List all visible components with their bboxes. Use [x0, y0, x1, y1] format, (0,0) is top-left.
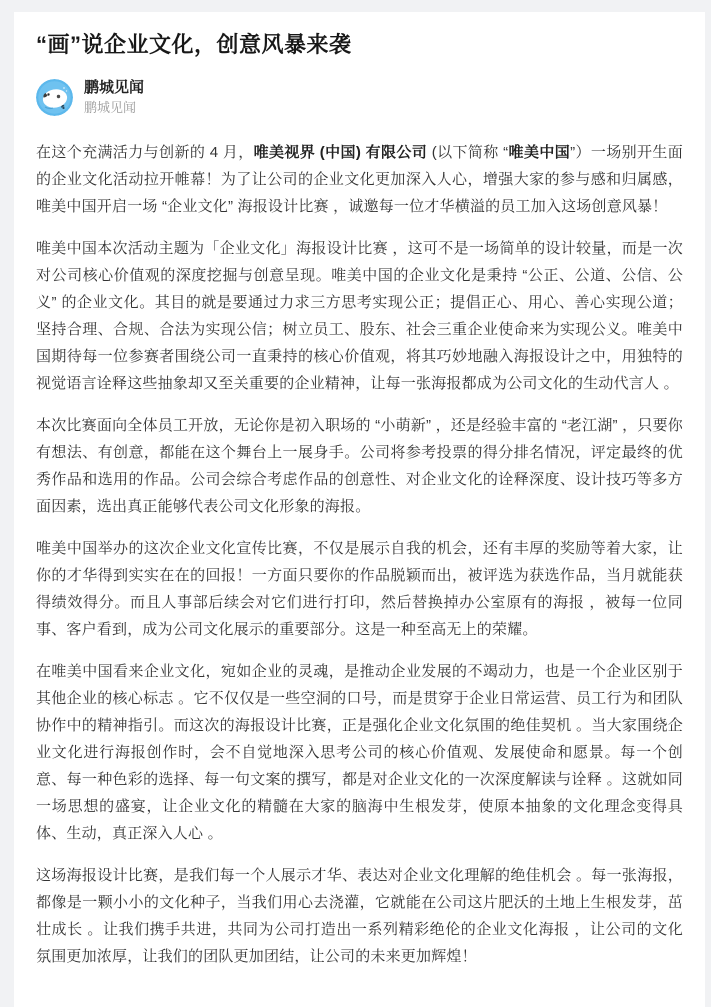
text-segment: 在这个充满活力与创新的 4 月， — [36, 144, 254, 161]
text-segment: 本次比赛面向全体员工开放，无论你是初入职场的 “小萌新” ，还是经验丰富的 “老… — [36, 417, 683, 515]
article-paragraph: 在唯美中国看来企业文化，宛如企业的灵魂，是推动企业发展的不竭动力，也是一个企业区… — [36, 658, 683, 847]
author-avatar[interactable] — [36, 79, 73, 116]
author-subtitle: 鹏城见闻 — [84, 99, 144, 117]
dog-avatar-icon — [36, 79, 73, 116]
author-meta: 鹏城见闻 鹏城见闻 — [84, 78, 144, 118]
article-body: 在这个充满活力与创新的 4 月，唯美视界 (中国) 有限公司 (以下简称 “唯美… — [36, 139, 683, 970]
text-segment: 在唯美中国看来企业文化，宛如企业的灵魂，是推动企业发展的不竭动力，也是一个企业区… — [36, 663, 683, 842]
text-segment: 这场海报设计比赛，是我们每一个人展示才华、表达对企业文化理解的绝佳机会 。每一张… — [36, 867, 683, 965]
bold-text-segment: 唯美视界 (中国) 有限公司 — [254, 144, 428, 161]
article-paragraph: 在这个充满活力与创新的 4 月，唯美视界 (中国) 有限公司 (以下简称 “唯美… — [36, 139, 683, 220]
article-paragraph: 这场海报设计比赛，是我们每一个人展示才华、表达对企业文化理解的绝佳机会 。每一张… — [36, 862, 683, 970]
article-paragraph: 唯美中国举办的这次企业文化宣传比赛，不仅是展示自我的机会，还有丰厚的奖励等着大家… — [36, 535, 683, 643]
text-segment: 唯美中国举办的这次企业文化宣传比赛，不仅是展示自我的机会，还有丰厚的奖励等着大家… — [36, 540, 683, 638]
bold-text-segment: 唯美中国 — [508, 144, 570, 161]
text-segment: (以下简称 “ — [427, 144, 508, 161]
article-card: “画”说企业文化，创意风暴来袭 鹏城见闻 鹏城见闻 在这个充满活力与创新的 4 … — [14, 12, 705, 1007]
article-paragraph: 本次比赛面向全体员工开放，无论你是初入职场的 “小萌新” ，还是经验丰富的 “老… — [36, 412, 683, 520]
author-row[interactable]: 鹏城见闻 鹏城见闻 — [36, 78, 683, 118]
author-name[interactable]: 鹏城见闻 — [84, 78, 144, 98]
text-segment: 唯美中国本次活动主题为「企业文化」海报设计比赛 ，这可不是一场简单的设计较量，而… — [36, 240, 683, 392]
article-title: “画”说企业文化，创意风暴来袭 — [36, 30, 683, 60]
article-paragraph: 唯美中国本次活动主题为「企业文化」海报设计比赛 ，这可不是一场简单的设计较量，而… — [36, 235, 683, 397]
